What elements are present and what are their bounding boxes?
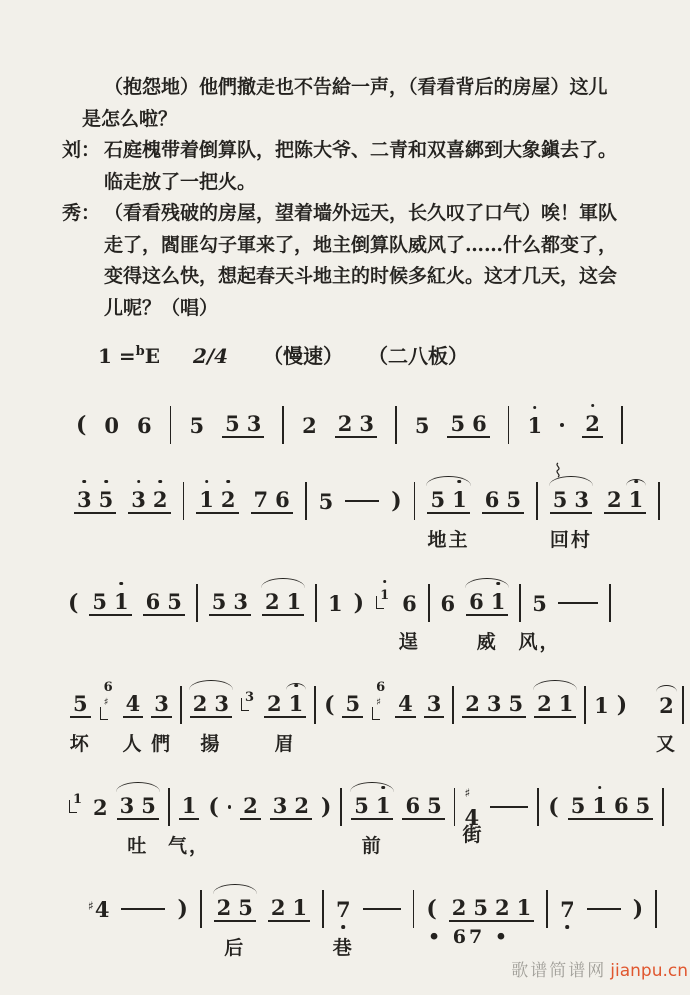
note: 4 <box>126 693 141 714</box>
note-group: 23揚 <box>190 693 232 718</box>
note-digit: 5 <box>532 593 547 614</box>
slur-arc <box>286 683 307 690</box>
dialogue-text: 临走放了一把火。 <box>104 171 256 193</box>
note-digit: 1 <box>287 591 302 612</box>
note: 5 <box>141 795 156 816</box>
note: 5 <box>92 591 107 612</box>
note-digit: 3 <box>273 795 288 816</box>
lyric: 地主 <box>428 525 470 552</box>
barline <box>452 686 454 724</box>
barline <box>662 788 664 826</box>
lyric: 气， <box>168 831 210 858</box>
dialogue-text: 变得这么快，想起春天斗地主的时候多紅火。这才几天，这会 <box>104 265 617 287</box>
watermark-domain: jianpu.cn <box>610 961 688 981</box>
note-group: 2521 <box>449 897 535 922</box>
note-group: 3們 <box>151 693 172 718</box>
note-digit: 5 <box>553 489 568 510</box>
parenthesis: ) <box>617 694 627 716</box>
note-group: 21 <box>262 591 304 616</box>
note-digit: 7 <box>254 489 269 510</box>
note: 2 <box>93 797 108 818</box>
note-group: 51前 <box>351 795 393 820</box>
note-digit: 6 <box>469 591 484 612</box>
grace-digit: 1 <box>73 793 82 806</box>
note-digit: 1 <box>328 593 343 614</box>
note: 5 <box>73 693 88 714</box>
note-digit: 5 <box>225 413 240 434</box>
barline <box>508 406 510 444</box>
barline <box>537 788 539 826</box>
note: 5 <box>167 591 182 612</box>
note-digit: 2 <box>585 413 600 434</box>
note-digit: 1 <box>289 693 304 714</box>
barline <box>584 686 586 724</box>
note: 6 <box>146 591 161 612</box>
note-group: 35 <box>74 489 116 514</box>
note-group: 35吐 <box>117 795 159 820</box>
note-digit: 5 <box>415 415 430 436</box>
note: 5 <box>238 897 253 918</box>
music-line-2: 353212765)51地主6553回村21 <box>74 478 664 524</box>
tempo-marking: （慢速） <box>263 344 343 368</box>
note-digit: 2 <box>302 415 317 436</box>
note: 1 <box>491 591 506 612</box>
barline <box>395 406 397 444</box>
lyric: 街 <box>462 826 483 845</box>
lyric: 坏 <box>70 729 91 756</box>
note: 3 <box>247 413 262 434</box>
time-signature: 2/4 <box>193 344 228 368</box>
slur-arc <box>189 680 233 690</box>
dialogue-block: （抱怨地）他們撤走也不告給一声，（看看背后的房屋）这儿是怎么啦？刘：石庭槐带着倒… <box>62 72 647 324</box>
note: 1 <box>594 695 609 716</box>
note: 5 <box>345 693 360 714</box>
grace-note: 1 <box>380 584 389 603</box>
octave-dot-above <box>205 480 209 484</box>
note-group: 32 <box>128 489 170 514</box>
note-digit: 2 <box>294 795 309 816</box>
note-digit: 6 <box>402 593 417 614</box>
note: 7 <box>560 899 575 920</box>
slur-arc <box>465 578 509 588</box>
note: 6 <box>137 415 152 436</box>
note: 2 <box>465 693 480 714</box>
note: 5 <box>225 413 240 434</box>
lyric: 又 <box>656 735 677 754</box>
note: 1 <box>293 897 308 918</box>
dialogue-text: 石庭槐带着倒算队，把陈大爷、二青和双喜綁到大象鎭去了。 <box>104 139 617 161</box>
note-digit: 6 <box>441 593 456 614</box>
key-tonic: E <box>145 344 160 368</box>
note: 2 <box>585 413 600 434</box>
barline <box>414 482 416 520</box>
note-group: 4人 <box>123 693 144 718</box>
note: 1 <box>289 693 304 714</box>
augmentation-dot <box>560 423 564 427</box>
octave-dot-above <box>137 480 141 484</box>
note: 2 <box>193 693 208 714</box>
note: 6 <box>469 591 484 612</box>
note: 6 <box>275 489 290 510</box>
note-digit: 3 <box>214 693 229 714</box>
note: 5 <box>189 415 204 436</box>
note-digit: 5 <box>473 897 488 918</box>
note-digit: 0 <box>104 415 119 436</box>
note-digit: 3 <box>120 795 135 816</box>
octave-dot-above <box>533 406 537 410</box>
barline <box>658 482 660 520</box>
page-number: • 67 • <box>428 926 510 948</box>
lyric: 威 <box>477 627 498 654</box>
note-digit: 3 <box>131 489 146 510</box>
note-group: 21 <box>268 897 310 922</box>
note: 3 <box>120 795 135 816</box>
note: 5风， <box>532 593 547 614</box>
note-digit: 2 <box>271 897 286 918</box>
note-digit: 5 <box>571 795 586 816</box>
note-digit: 2 <box>607 489 622 510</box>
note-digit: 3 <box>487 693 502 714</box>
note: 5 <box>415 415 430 436</box>
note: 5 <box>506 489 521 510</box>
speaker-label: 秀： <box>62 198 104 230</box>
dialogue-text: 是怎么啦？ <box>82 108 177 130</box>
note: 2 <box>537 693 552 714</box>
dialogue-text: 儿呢？（唱） <box>104 297 218 319</box>
note-digit: 5 <box>427 795 442 816</box>
barline <box>413 890 415 928</box>
note: 2 <box>302 415 317 436</box>
note: 5 <box>571 795 586 816</box>
dialogue-line: 走了，閻匪勾子軍来了，地主倒算队威风了……什么都变了， <box>62 230 647 262</box>
music-line-6: ♯4)25后217巷(25217) <box>88 886 664 932</box>
grace-hook <box>372 707 380 720</box>
note-digit: 1 <box>293 897 308 918</box>
note: 5 <box>473 897 488 918</box>
lyric: 們 <box>151 729 172 756</box>
tremolo-mark <box>554 462 562 478</box>
note-digit: 3 <box>233 591 248 612</box>
note-group: 2 <box>582 413 603 438</box>
note: 3 <box>233 591 248 612</box>
lyric: 眉 <box>275 729 296 756</box>
duration-dash <box>121 908 165 911</box>
music-line-4: 5坏6♯4人3們23揚321眉(56♯43235211)2又 <box>70 682 664 728</box>
note-digit: 2 <box>193 693 208 714</box>
barline <box>170 406 172 444</box>
note: 6 <box>485 489 500 510</box>
note: 3 <box>273 795 288 816</box>
note-group: 51 <box>89 591 131 616</box>
grace-note: 6♯ <box>376 676 385 714</box>
note: 5 <box>430 489 445 510</box>
note: 6 <box>614 795 629 816</box>
duration-dash <box>345 500 379 503</box>
barline <box>536 482 538 520</box>
dialogue-text: （看看残破的房屋，望着墙外远天，长久叹了口气）唉！軍队 <box>104 202 617 224</box>
note: 2 <box>452 897 467 918</box>
note: 2 <box>495 897 510 918</box>
music-line-1: (0655322355612 <box>76 402 664 448</box>
note: 7 <box>254 489 269 510</box>
key-scale: 1 = <box>98 344 136 368</box>
octave-dot-above <box>120 582 124 586</box>
note: 3 <box>214 693 229 714</box>
note: 5 <box>553 489 568 510</box>
note-digit: 5 <box>430 489 445 510</box>
note: 6 <box>405 795 420 816</box>
slur-arc <box>213 884 257 894</box>
barline <box>183 482 185 520</box>
note: 2 <box>271 897 286 918</box>
note: 6逞 <box>402 593 417 614</box>
note-digit: 4 <box>95 899 110 920</box>
note-digit: 5 <box>189 415 204 436</box>
note-digit: 5 <box>92 591 107 612</box>
dialogue-text: 走了，閻匪勾子軍来了，地主倒算队威风了……什么都变了， <box>104 234 617 256</box>
note-digit: 2 <box>93 797 108 818</box>
sharp-sign: ♯ <box>376 697 381 708</box>
barline <box>546 890 548 928</box>
note-digit: 3 <box>154 693 169 714</box>
barline <box>428 584 430 622</box>
grace-digit: 1 <box>380 589 389 602</box>
barline <box>200 890 202 928</box>
note-group: 25后 <box>214 897 256 922</box>
note-digit: 7 <box>560 899 575 920</box>
grace-note: 3 <box>245 686 254 705</box>
parenthesis: ( <box>208 796 218 818</box>
octave-dot-above <box>591 404 595 408</box>
note-digit: 1 <box>527 415 542 436</box>
note-digit: 2 <box>265 591 280 612</box>
dialogue-line: 秀：（看看残破的房屋，望着墙外远天，长久叹了口气）唉！軍队 <box>62 198 647 230</box>
note-digit: 2 <box>153 489 168 510</box>
note-digit: 5 <box>319 491 334 512</box>
note: 3 <box>77 489 92 510</box>
slur-arc <box>533 680 577 690</box>
note-group: 5 <box>342 693 363 718</box>
note: 1 <box>114 591 129 612</box>
slur-arc <box>426 476 470 486</box>
note-digit: 5 <box>354 795 369 816</box>
note: 1 <box>452 489 467 510</box>
note: 2又 <box>659 695 674 716</box>
octave-dot-above <box>598 786 602 790</box>
parenthesis: ) <box>321 796 331 818</box>
parenthesis: ) <box>354 592 364 614</box>
duration-dash <box>587 908 621 911</box>
note: 2 <box>153 489 168 510</box>
note: 1 <box>328 593 343 614</box>
octave-dot-above <box>226 480 230 484</box>
note-group: 65 <box>143 591 185 616</box>
flat-sign: b <box>136 344 145 359</box>
note: 6 <box>441 593 456 614</box>
note-digit: 1 <box>517 897 532 918</box>
note-digit: 1 <box>376 795 391 816</box>
barline <box>322 890 324 928</box>
watermark: 歌谱简谱网jianpu.cn <box>511 956 688 981</box>
note-digit: 3 <box>77 489 92 510</box>
note-digit: 1 <box>559 693 574 714</box>
grace-digit: 3 <box>245 691 254 704</box>
note: 3 <box>487 693 502 714</box>
note-digit: 2 <box>338 413 353 434</box>
note-digit: 1 <box>199 489 214 510</box>
parenthesis: ( <box>324 694 334 716</box>
slur-arc <box>116 782 160 792</box>
dialogue-line: 临走放了一把火。 <box>62 167 647 199</box>
parenthesis: ( <box>548 796 558 818</box>
note: 5 <box>636 795 651 816</box>
note-digit: 4 <box>126 693 141 714</box>
note-digit: 5 <box>636 795 651 816</box>
note-digit: 1 <box>182 795 197 816</box>
grace-note: 1 <box>73 788 82 807</box>
note: 5 <box>354 795 369 816</box>
lyric: 后 <box>224 933 245 960</box>
lyric: 回村 <box>550 525 592 552</box>
duration-dash <box>363 908 401 911</box>
octave-dot-above <box>158 480 162 484</box>
note: 2 <box>267 693 282 714</box>
barline <box>196 584 198 622</box>
note-digit: 1 <box>491 591 506 612</box>
note-digit: 5 <box>141 795 156 816</box>
note-digit: 7 <box>336 899 351 920</box>
note-digit: 5 <box>212 591 227 612</box>
music-line-5: 1235吐1气，(232)51前65♯4街(5165 <box>68 784 664 830</box>
octave-dot-above <box>383 580 387 584</box>
music-block: 1 =bE 2/4 （慢速） （二八板） (065532235561235321… <box>64 340 664 988</box>
note: 2 <box>338 413 353 434</box>
barline <box>305 482 307 520</box>
note: 2 <box>265 591 280 612</box>
slur-arc <box>261 578 305 588</box>
sharp-sign: ♯ <box>88 899 94 913</box>
note-digit: 2 <box>217 897 232 918</box>
sharp-sign: ♯ <box>104 697 109 708</box>
note-group: 61威 <box>466 591 508 616</box>
note: 3 <box>574 489 589 510</box>
note-group: 5坏 <box>70 693 91 718</box>
parenthesis: ( <box>68 592 78 614</box>
parenthesis: ) <box>633 898 643 920</box>
lyric: 人 <box>122 729 143 756</box>
note: 2 <box>221 489 236 510</box>
grace-note: 6♯ <box>104 676 113 714</box>
note-digit: 6 <box>137 415 152 436</box>
note-digit: 6 <box>146 591 161 612</box>
note-digit: 6 <box>275 489 290 510</box>
note-group: 2 <box>240 795 261 820</box>
note-digit: 1 <box>594 695 609 716</box>
barline <box>454 788 456 826</box>
note: 6 <box>472 413 487 434</box>
note: 2 <box>217 897 232 918</box>
note-group: 23 <box>335 413 377 438</box>
slur-arc <box>656 685 677 692</box>
note: 1 <box>287 591 302 612</box>
note-digit: 2 <box>659 695 674 716</box>
note: 3 <box>131 489 146 510</box>
note-digit: 1 <box>452 489 467 510</box>
note: 0 <box>104 415 119 436</box>
note-digit: 5 <box>73 693 88 714</box>
parenthesis: ) <box>391 490 401 512</box>
dialogue-line: （抱怨地）他們撤走也不告給一声，（看看背后的房屋）这儿 <box>62 72 647 104</box>
note-group: 32 <box>270 795 312 820</box>
note-digit: 2 <box>495 897 510 918</box>
speaker-label: 刘： <box>62 135 104 167</box>
barline <box>315 584 317 622</box>
note: 1 <box>199 489 214 510</box>
lyric: 揚 <box>200 729 221 756</box>
note: 1 <box>517 897 532 918</box>
note: ♯4街 <box>464 786 481 828</box>
dialogue-line: 变得这么快，想起春天斗地主的时候多紅火。这才几天，这会 <box>62 261 647 293</box>
dialogue-line: 儿呢？（唱） <box>62 293 647 325</box>
lyric: 风， <box>519 633 561 652</box>
scanned-score-page: （抱怨地）他們撤走也不告給一声，（看看背后的房屋）这儿是怎么啦？刘：石庭槐带着倒… <box>0 0 690 995</box>
note: 1 <box>182 795 197 816</box>
note-group: 56 <box>447 413 489 438</box>
grace-digit: 6 <box>104 681 113 694</box>
note-group: 53回村 <box>550 489 592 514</box>
note-digit: 3 <box>247 413 262 434</box>
note: 2 <box>607 489 622 510</box>
note-group: 4 <box>395 693 416 718</box>
parenthesis: ( <box>426 898 436 920</box>
note-digit: 6 <box>485 489 500 510</box>
note: 5 <box>319 491 334 512</box>
lyric: 巷 <box>333 939 354 958</box>
barline <box>655 890 657 928</box>
barline <box>609 584 611 622</box>
note-group: 5165 <box>568 795 654 820</box>
grace-digit: 6 <box>376 681 385 694</box>
note: 1 <box>559 693 574 714</box>
octave-dot-below <box>341 925 345 929</box>
slur-arc <box>350 782 394 792</box>
note-group: 51地主 <box>427 489 469 514</box>
note-digit: 5 <box>99 489 114 510</box>
note-digit: 2 <box>452 897 467 918</box>
note: 5 <box>212 591 227 612</box>
note-group: 65 <box>482 489 524 514</box>
note-digit: 2 <box>267 693 282 714</box>
dialogue-text: （抱怨地）他們撤走也不告給一声，（看看背后的房屋）这儿 <box>104 76 608 98</box>
note-digit: 4 <box>398 693 413 714</box>
note-digit: 6 <box>472 413 487 434</box>
note-group: 21 <box>534 693 576 718</box>
note-group: 1气， <box>179 795 200 820</box>
augmentation-dot <box>228 805 231 809</box>
note-digit: 3 <box>427 693 442 714</box>
note-digit: 1 <box>114 591 129 612</box>
barline <box>682 686 684 724</box>
note: 3 <box>359 413 374 434</box>
lyric: 吐 <box>127 831 148 858</box>
note: ♯4 <box>88 899 109 920</box>
note: 1 <box>376 795 391 816</box>
barline <box>282 406 284 444</box>
note-group: 3 <box>424 693 445 718</box>
banshi-marking: （二八板） <box>368 344 468 368</box>
note-digit: 6 <box>405 795 420 816</box>
parenthesis: ) <box>177 898 187 920</box>
